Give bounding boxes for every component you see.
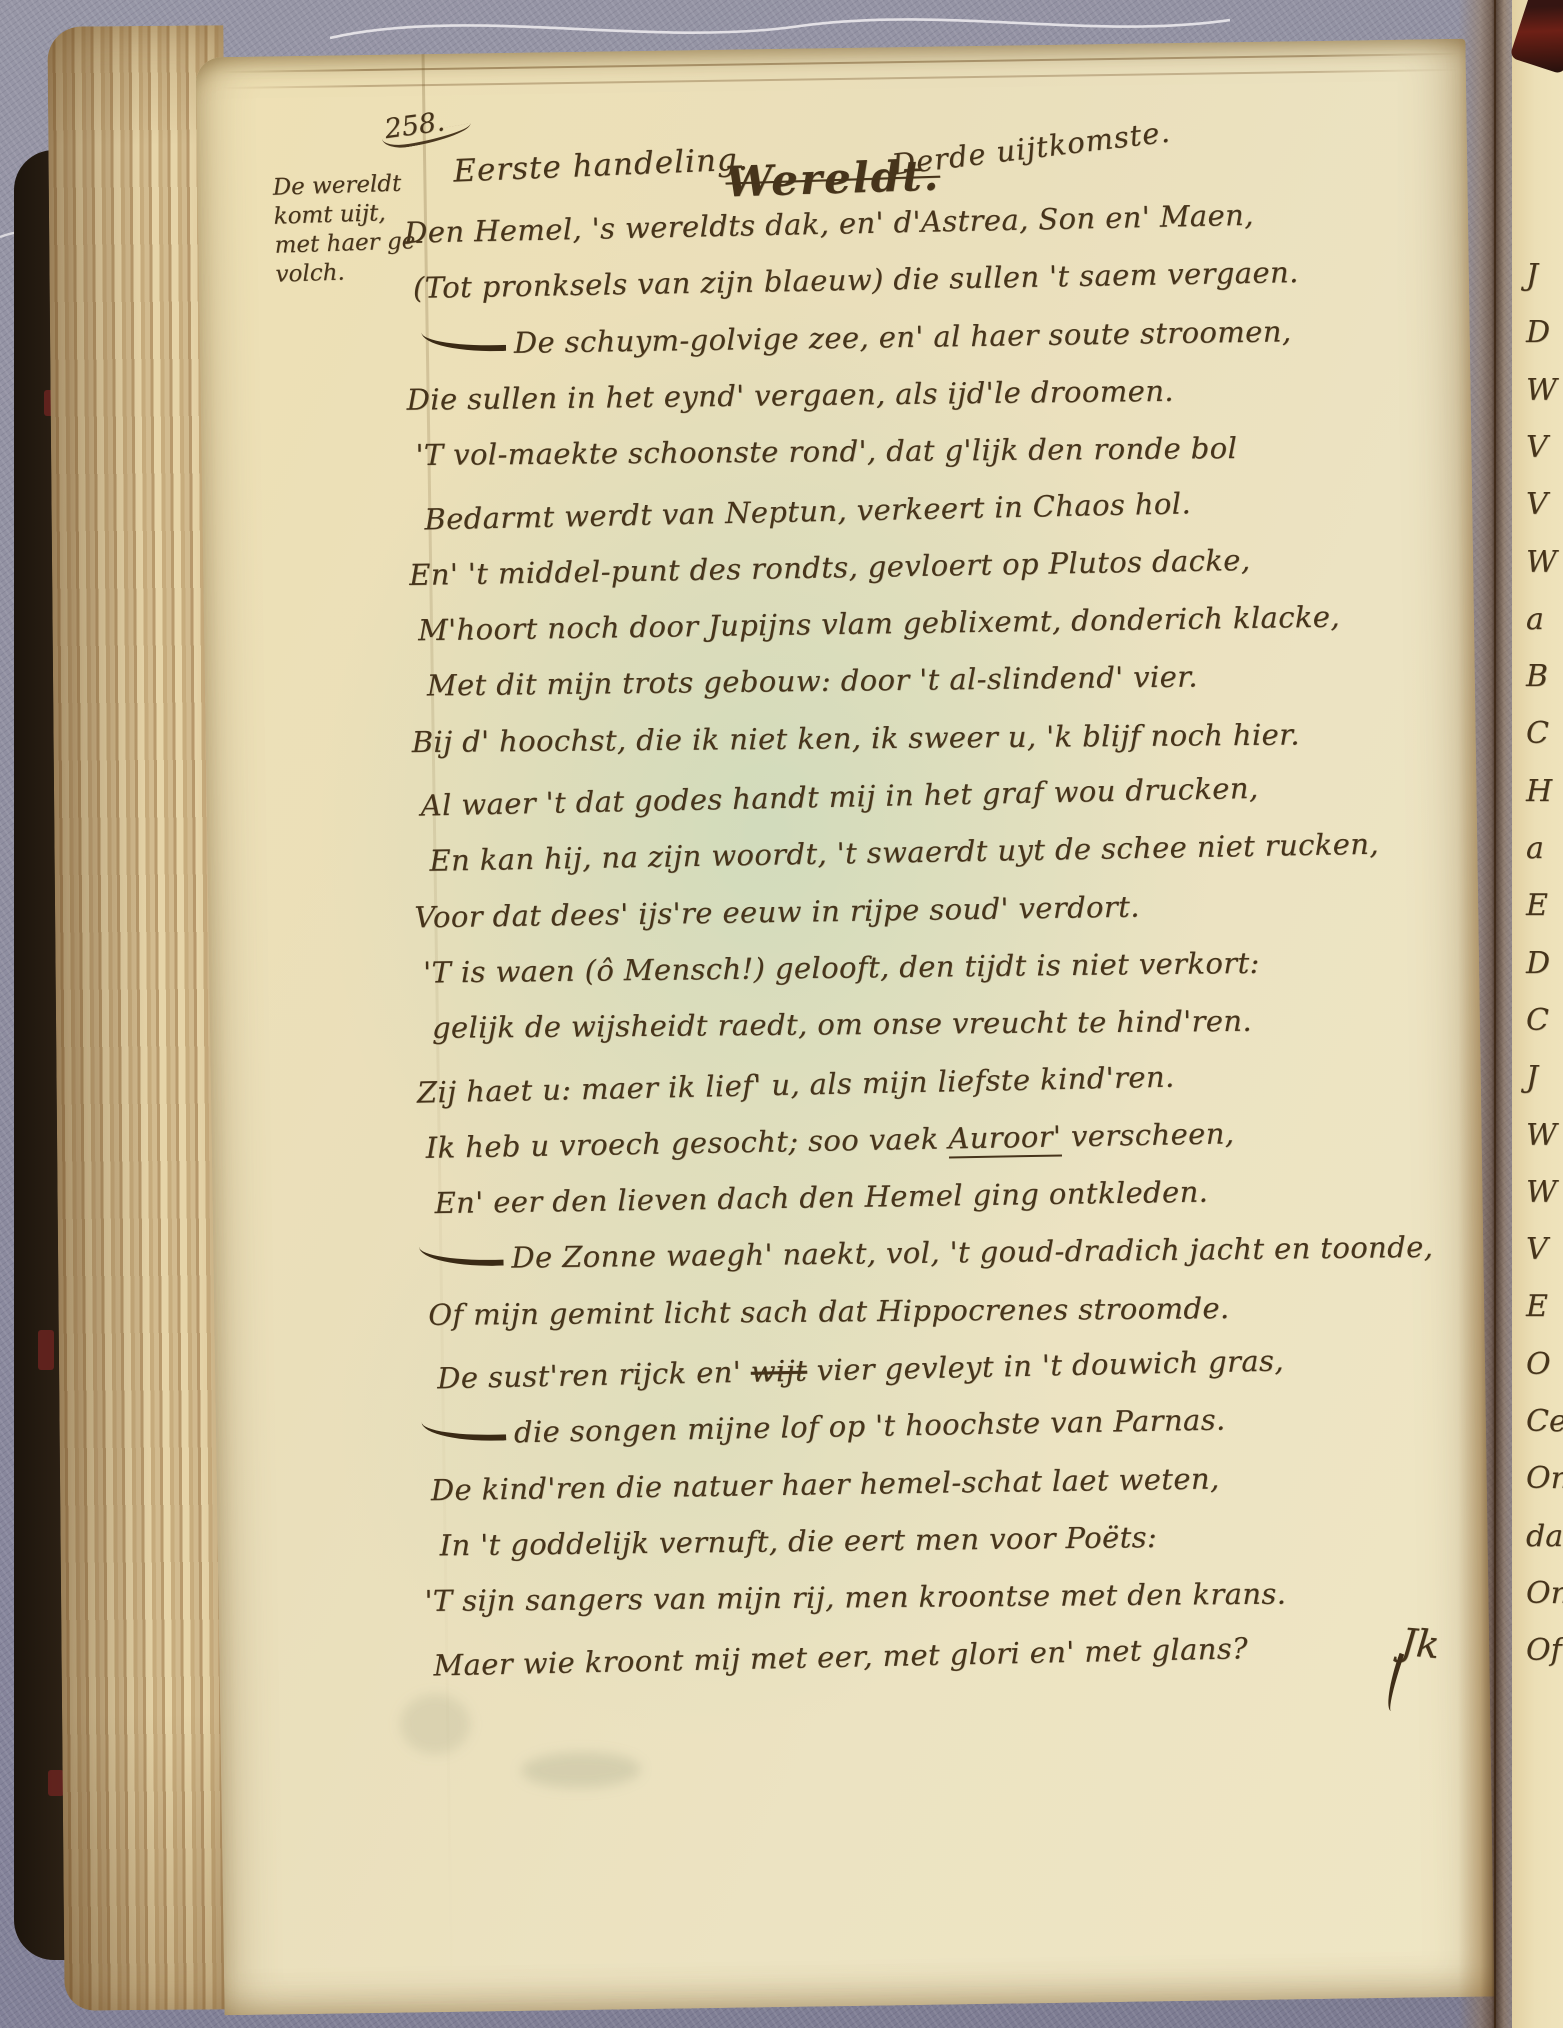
verse-line: En' 't middel-punt des rondts, gevloert … bbox=[409, 539, 1459, 592]
headband-corner bbox=[1509, 0, 1563, 75]
verse-text: Voor dat dees' ijs're eeuw in rijpe soud… bbox=[414, 889, 1140, 934]
verse-text: En' 't middel-punt des rondts, gevloert … bbox=[409, 543, 1251, 592]
verse-line: Ik heb u vroech gesocht; soo vaek Auroor… bbox=[425, 1112, 1475, 1165]
verse-line: Zij haet u: maer ik lief' u, als mijn li… bbox=[417, 1053, 1467, 1109]
verse-text: Bij d' hoochst, die ik niet ken, ik swee… bbox=[412, 717, 1300, 759]
swash-flourish bbox=[421, 1417, 506, 1445]
verse-line: En kan hij, na zijn woordt, 't swaerdt u… bbox=[429, 825, 1479, 878]
verse-line: Met dit mijn trots gebouw: door 't al-sl… bbox=[427, 657, 1477, 703]
verse-block: Den Hemel, 's wereldts dak, en' d'Astrea… bbox=[196, 39, 1495, 2016]
verse-text: gelijk de wijsheidt raedt, om onse vreuc… bbox=[432, 1004, 1252, 1045]
facing-line-fragment: O bbox=[1526, 1347, 1551, 1382]
verse-line: 'T sijn sangers van mijn rij, men kroont… bbox=[424, 1575, 1474, 1618]
facing-line-fragment: B bbox=[1526, 659, 1548, 694]
facing-line-fragment: C bbox=[1526, 716, 1549, 751]
verse-text: In 't goddelijk vernuft, die eert men vo… bbox=[439, 1520, 1157, 1562]
catchword: Jk bbox=[1399, 1620, 1441, 1667]
facing-line-fragment: W bbox=[1526, 373, 1557, 408]
facing-line-fragment: E bbox=[1526, 888, 1548, 923]
verse-line: Voor dat dees' ijs're eeuw in rijpe soud… bbox=[414, 884, 1464, 934]
verse-text: 'T vol-maekte schoonste rond', dat g'lij… bbox=[415, 431, 1237, 472]
verse-text: En' eer den lieven dach den Hemel ging o… bbox=[434, 1175, 1208, 1220]
verse-line: Bedarmt werdt van Neptun, verkeert in Ch… bbox=[424, 480, 1474, 536]
facing-line-fragment: E bbox=[1526, 1289, 1548, 1324]
facing-line-fragment: a bbox=[1526, 602, 1544, 637]
verse-text: De Zonne waegh' naekt, vol, 't goud-drad… bbox=[511, 1230, 1433, 1275]
struck-word: wijt bbox=[750, 1354, 807, 1389]
facing-line-fragment: C bbox=[1526, 1003, 1549, 1038]
verse-line: De kind'ren die natuer haer hemel-schat … bbox=[431, 1457, 1481, 1507]
facing-line-fragment: On bbox=[1526, 1576, 1563, 1611]
verse-line: Bij d' hoochst, die ik niet ken, ik swee… bbox=[412, 716, 1462, 759]
gutter-seam bbox=[1494, 0, 1496, 2028]
verse-text: Of mijn gemint licht sach dat Hippocrene… bbox=[428, 1291, 1230, 1332]
facing-line-fragment: Of bbox=[1526, 1633, 1562, 1668]
facing-page-edge: JDWVVWaBCHaEDCJWWVEOCeOndaOnOf bbox=[1512, 0, 1563, 2028]
facing-line-fragment: V bbox=[1526, 487, 1548, 522]
spine-fleck bbox=[38, 1330, 54, 1370]
verse-line: De Zonne waegh' naekt, vol, 't goud-drad… bbox=[419, 1230, 1469, 1276]
verse-text: Ik heb u vroech gesocht; soo vaek Auroor… bbox=[425, 1116, 1234, 1165]
verse-text: Bedarmt werdt van Neptun, verkeert in Ch… bbox=[424, 486, 1191, 536]
verse-text: (Tot pronksels van zijn blaeuw) die sull… bbox=[413, 255, 1299, 305]
verse-text: Die sullen in het eynd' vergaen, als ijd… bbox=[406, 374, 1174, 417]
verse-line: Maer wie kroont mij met eer, met glori e… bbox=[433, 1626, 1483, 1682]
manuscript-page: 258. Eerste handeling. Wereldt. Derde ui… bbox=[196, 39, 1495, 2016]
verse-text: Met dit mijn trots gebouw: door 't al-sl… bbox=[427, 660, 1198, 703]
verse-line: die songen mijne lof op 't hoochste van … bbox=[422, 1398, 1472, 1451]
facing-line-fragment: J bbox=[1526, 258, 1538, 293]
verse-line: gelijk de wijsheidt raedt, om onse vreuc… bbox=[432, 1002, 1482, 1045]
facing-line-fragment: Ce bbox=[1526, 1404, 1563, 1439]
facing-line-fragment: V bbox=[1526, 1232, 1548, 1267]
verse-text: En kan hij, na zijn woordt, 't swaerdt u… bbox=[429, 827, 1379, 878]
facing-line-fragment: D bbox=[1526, 315, 1550, 350]
facing-line-fragment: V bbox=[1526, 430, 1548, 465]
facing-line-fragment: On bbox=[1526, 1461, 1563, 1496]
verse-text: Al waer 't dat godes handt mij in het gr… bbox=[420, 771, 1259, 823]
verse-text: die songen mijne lof op 't hoochste van … bbox=[514, 1403, 1226, 1450]
manuscript-photo: 258. Eerste handeling. Wereldt. Derde ui… bbox=[0, 0, 1563, 2028]
verse-text: Zij haet u: maer ik lief' u, als mijn li… bbox=[417, 1059, 1175, 1109]
verse-line: M'hoort noch door Jupijns vlam geblixemt… bbox=[418, 598, 1468, 648]
verse-line: Den Hemel, 's wereldts dak, en' d'Astrea… bbox=[404, 194, 1454, 250]
facing-line-fragment: D bbox=[1526, 946, 1550, 981]
facing-line-fragment: W bbox=[1526, 1175, 1557, 1210]
verse-line: In 't goddelijk vernuft, die eert men vo… bbox=[439, 1516, 1489, 1562]
verse-line: De schuym-golvige zee, en' al haer soute… bbox=[422, 311, 1472, 361]
underlined-word: Auroor' bbox=[948, 1119, 1062, 1158]
verse-line: En' eer den lieven dach den Hemel ging o… bbox=[434, 1171, 1484, 1221]
facing-line-fragment: W bbox=[1526, 545, 1557, 580]
facing-line-fragment: H bbox=[1526, 774, 1552, 809]
verse-line: De sust'ren rijck en' wijt vier gevleyt … bbox=[437, 1339, 1487, 1395]
verse-line: Al waer 't dat godes handt mij in het gr… bbox=[420, 766, 1470, 822]
verse-line: Of mijn gemint licht sach dat Hippocrene… bbox=[428, 1289, 1478, 1332]
verse-text: De kind'ren die natuer haer hemel-schat … bbox=[431, 1461, 1220, 1507]
verse-text: M'hoort noch door Jupijns vlam geblixemt… bbox=[418, 600, 1340, 648]
verse-line: 'T is waen (ô Mensch!) gelooft, den tijd… bbox=[423, 943, 1473, 989]
verse-text: Maer wie kroont mij met eer, met glori e… bbox=[433, 1631, 1248, 1682]
verse-text: 'T sijn sangers van mijn rij, men kroont… bbox=[424, 1577, 1286, 1618]
verse-line: Die sullen in het eynd' vergaen, als ijd… bbox=[406, 370, 1456, 416]
facing-line-fragment: W bbox=[1526, 1118, 1557, 1153]
verse-line: 'T vol-maekte schoonste rond', dat g'lij… bbox=[415, 429, 1465, 472]
verse-text: Den Hemel, 's wereldts dak, en' d'Astrea… bbox=[404, 198, 1254, 250]
facing-line-fragment: a bbox=[1526, 831, 1544, 866]
swash-flourish bbox=[421, 326, 506, 353]
facing-line-fragment: da bbox=[1526, 1519, 1563, 1554]
verse-line: (Tot pronksels van zijn blaeuw) die sull… bbox=[413, 252, 1463, 305]
facing-line-fragment: J bbox=[1526, 1060, 1538, 1095]
verse-text: 'T is waen (ô Mensch!) gelooft, den tijd… bbox=[423, 946, 1260, 990]
verse-text: De schuym-golvige zee, en' al haer soute… bbox=[514, 314, 1292, 360]
swash-flourish bbox=[419, 1242, 504, 1269]
verse-text: De sust'ren rijck en' wijt vier gevleyt … bbox=[437, 1344, 1284, 1396]
